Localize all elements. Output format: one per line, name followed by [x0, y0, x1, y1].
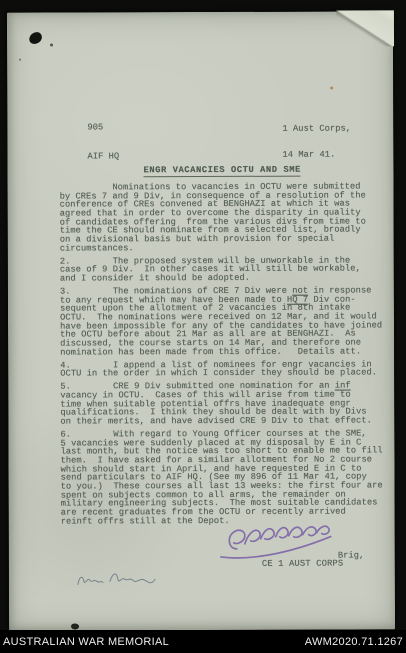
paragraph: 5. CRE 9 Div submitted one nomination fo…	[60, 382, 382, 426]
text-segment: reinft offrs still at the Depot.	[61, 515, 230, 526]
paragraph: 2. The proposed system will be unworkabl…	[60, 256, 382, 283]
ink-speck	[50, 44, 53, 47]
edge-mark	[71, 623, 79, 629]
text-segment: and I consider it should be adopted.	[60, 273, 250, 284]
paragraph: 4. I append a list of nominees for engr …	[60, 360, 382, 378]
accession-number: AWM2020.71.1267	[305, 636, 403, 648]
text-segment: OCTU in the order in which I consider th…	[60, 368, 377, 379]
text-line: on their merits, and have advised CRE 9 …	[60, 416, 382, 426]
text-line: nomination has been made from this offic…	[60, 347, 382, 357]
addressee: AIF HQ	[87, 152, 119, 161]
text-line: circumstances.	[60, 243, 382, 253]
footer-bar: AUSTRALIAN WAR MEMORIAL AWM2020.71.1267	[0, 630, 406, 653]
text-segment: nomination has been made from this offic…	[60, 346, 361, 357]
paragraph: 3. The nominations of CRE 7 Div were not…	[60, 286, 382, 356]
text-segment: circumstances.	[60, 243, 134, 253]
foxing-spot	[330, 87, 333, 90]
letterhead-date: 14 Mar 41.	[282, 151, 351, 160]
text-line: OCTU in the order in which I consider th…	[60, 369, 382, 379]
pencil-annotation	[74, 567, 166, 593]
letterhead-unit: 1 Aust Corps,	[282, 125, 351, 134]
ink-speck	[19, 59, 21, 61]
document-body: Nominations to vacancies in OCTU were su…	[60, 182, 383, 530]
corner-fold	[336, 10, 394, 46]
photo-frame: 1 Aust Corps, 14 Mar 41. 905 AIF HQ ENGR…	[0, 0, 406, 653]
text-line: and I consider it should be adopted.	[60, 273, 382, 283]
paragraph: Nominations to vacancies in OCTU were su…	[60, 182, 382, 252]
memorial-name: AUSTRALIAN WAR MEMORIAL	[3, 636, 169, 648]
subject-title: ENGR VACANCIES OCTU AND SME	[143, 166, 300, 177]
signature-script	[219, 523, 345, 559]
signature-appointment: CE 1 AUST CORPS	[262, 560, 343, 569]
ink-blot	[28, 31, 44, 46]
text-segment: on their merits, and have advised CRE 9 …	[60, 415, 372, 426]
document-page: 1 Aust Corps, 14 Mar 41. 905 AIF HQ ENGR…	[7, 11, 395, 630]
paragraph: 6. With regard to Young Officer courses …	[60, 429, 382, 525]
reference-number: 905	[87, 123, 103, 132]
